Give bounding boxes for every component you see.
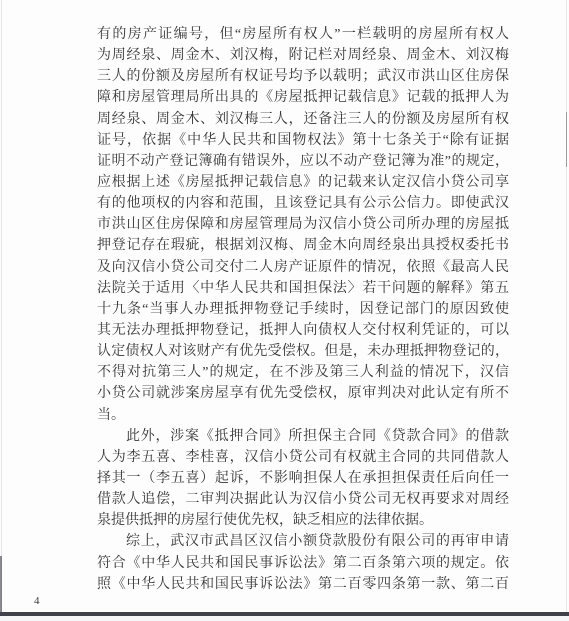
text-line: 市洪山区住房保障和房屋管理局为汉信小贷公司所办理的房屋抵 — [97, 214, 509, 235]
text-line: 不得对抗第三人”的规定，在不涉及第三人利益的情况下，汉信 — [97, 362, 509, 383]
text-line: 三人的份额及房屋所有权证号均予以载明；武汉市洪山区住房保 — [97, 66, 509, 87]
text-line: 障和房屋管理局所出具的《房屋抵押记载信息》记载的抵押人为 — [97, 87, 509, 108]
text-line: 及向汉信小贷公司交付二人房产证原件的情况，依照《最高人民 — [97, 257, 509, 278]
text-line: 择其一（李五喜）起诉，不影响担保人在承担担保责任后向任一 — [97, 468, 509, 489]
text-line: 证号，依据《中华人民共和国物权法》第十七条关于“除有证据 — [97, 130, 509, 151]
text-line: 押登记存在瑕疵，根据刘汉梅、周金木向周经泉出具授权委托书 — [97, 235, 509, 256]
text-line: 有的房产证编号，但“房屋所有权人”一栏载明的房屋所有权人 — [97, 24, 509, 45]
text-line: 符合《中华人民共和国民事诉讼法》第二百条第六项的规定。依 — [97, 553, 509, 574]
text-line: 有的他项权的内容和范围，且该登记具有公示公信力。即使武汉 — [97, 193, 509, 214]
text-line: 十九条“当事人办理抵押物登记手续时，因登记部门的原因致使 — [97, 299, 509, 320]
text-line: 此外，涉案《抵押合同》所担保主合同《贷款合同》的借款 — [97, 426, 509, 447]
document-body-text: 有的房产证编号，但“房屋所有权人”一栏载明的房屋所有权人为周经泉、周金木、刘汉梅… — [97, 24, 509, 595]
area-below-page — [0, 616, 569, 621]
text-line: 照《中华人民共和国民事诉讼法》第二百零四条第一款、第二百 — [97, 574, 509, 595]
text-line: 小贷公司就涉案房屋享有优先受偿权，原审判决对此认定有所不 — [97, 383, 509, 404]
text-line: 当。 — [97, 405, 509, 426]
document-page: 有的房产证编号，但“房屋所有权人”一栏载明的房屋所有权人为周经泉、周金木、刘汉梅… — [0, 0, 569, 621]
text-line: 泉提供抵押的房屋行使优先权，缺乏相应的法律依据。 — [97, 510, 509, 531]
page-right-edge-line — [566, 0, 567, 613]
text-line: 法院关于适用〈中华人民共和国担保法〉若干问题的解释》第五 — [97, 278, 509, 299]
text-line: 借款人追偿，二审判决据此认为汉信小贷公司无权再要求对周经 — [97, 489, 509, 510]
text-line: 综上，武汉市武昌区汉信小额贷款股份有限公司的再审申请 — [97, 531, 509, 552]
page-right-edge-dark-segment — [566, 112, 567, 167]
page-number: 4 — [34, 595, 40, 607]
text-line: 人为李五喜、李桂喜，汉信小贷公司有权就主合同的共同借款人 — [97, 447, 509, 468]
text-line: 应根据上述《房屋抵押记载信息》的记载来认定汉信小贷公司享 — [97, 172, 509, 193]
text-line: 周经泉、周金木、刘汉梅三人，还备注三人的份额及房屋所有权 — [97, 109, 509, 130]
text-line: 为周经泉、周金木、刘汉梅，附记栏对周经泉、周金木、刘汉梅 — [97, 45, 509, 66]
text-line: 认定债权人对该财产有优先受偿权。但是，未办理抵押物登记的， — [97, 341, 509, 362]
page-left-edge-dark-segment — [0, 556, 2, 613]
text-line: 其无法办理抵押物登记，抵押人向债权人交付权利凭证的，可以 — [97, 320, 509, 341]
text-line: 证明不动产登记簿确有错误外，应以不动产登记簿为准”的规定， — [97, 151, 509, 172]
page-left-edge-line — [1, 0, 2, 613]
